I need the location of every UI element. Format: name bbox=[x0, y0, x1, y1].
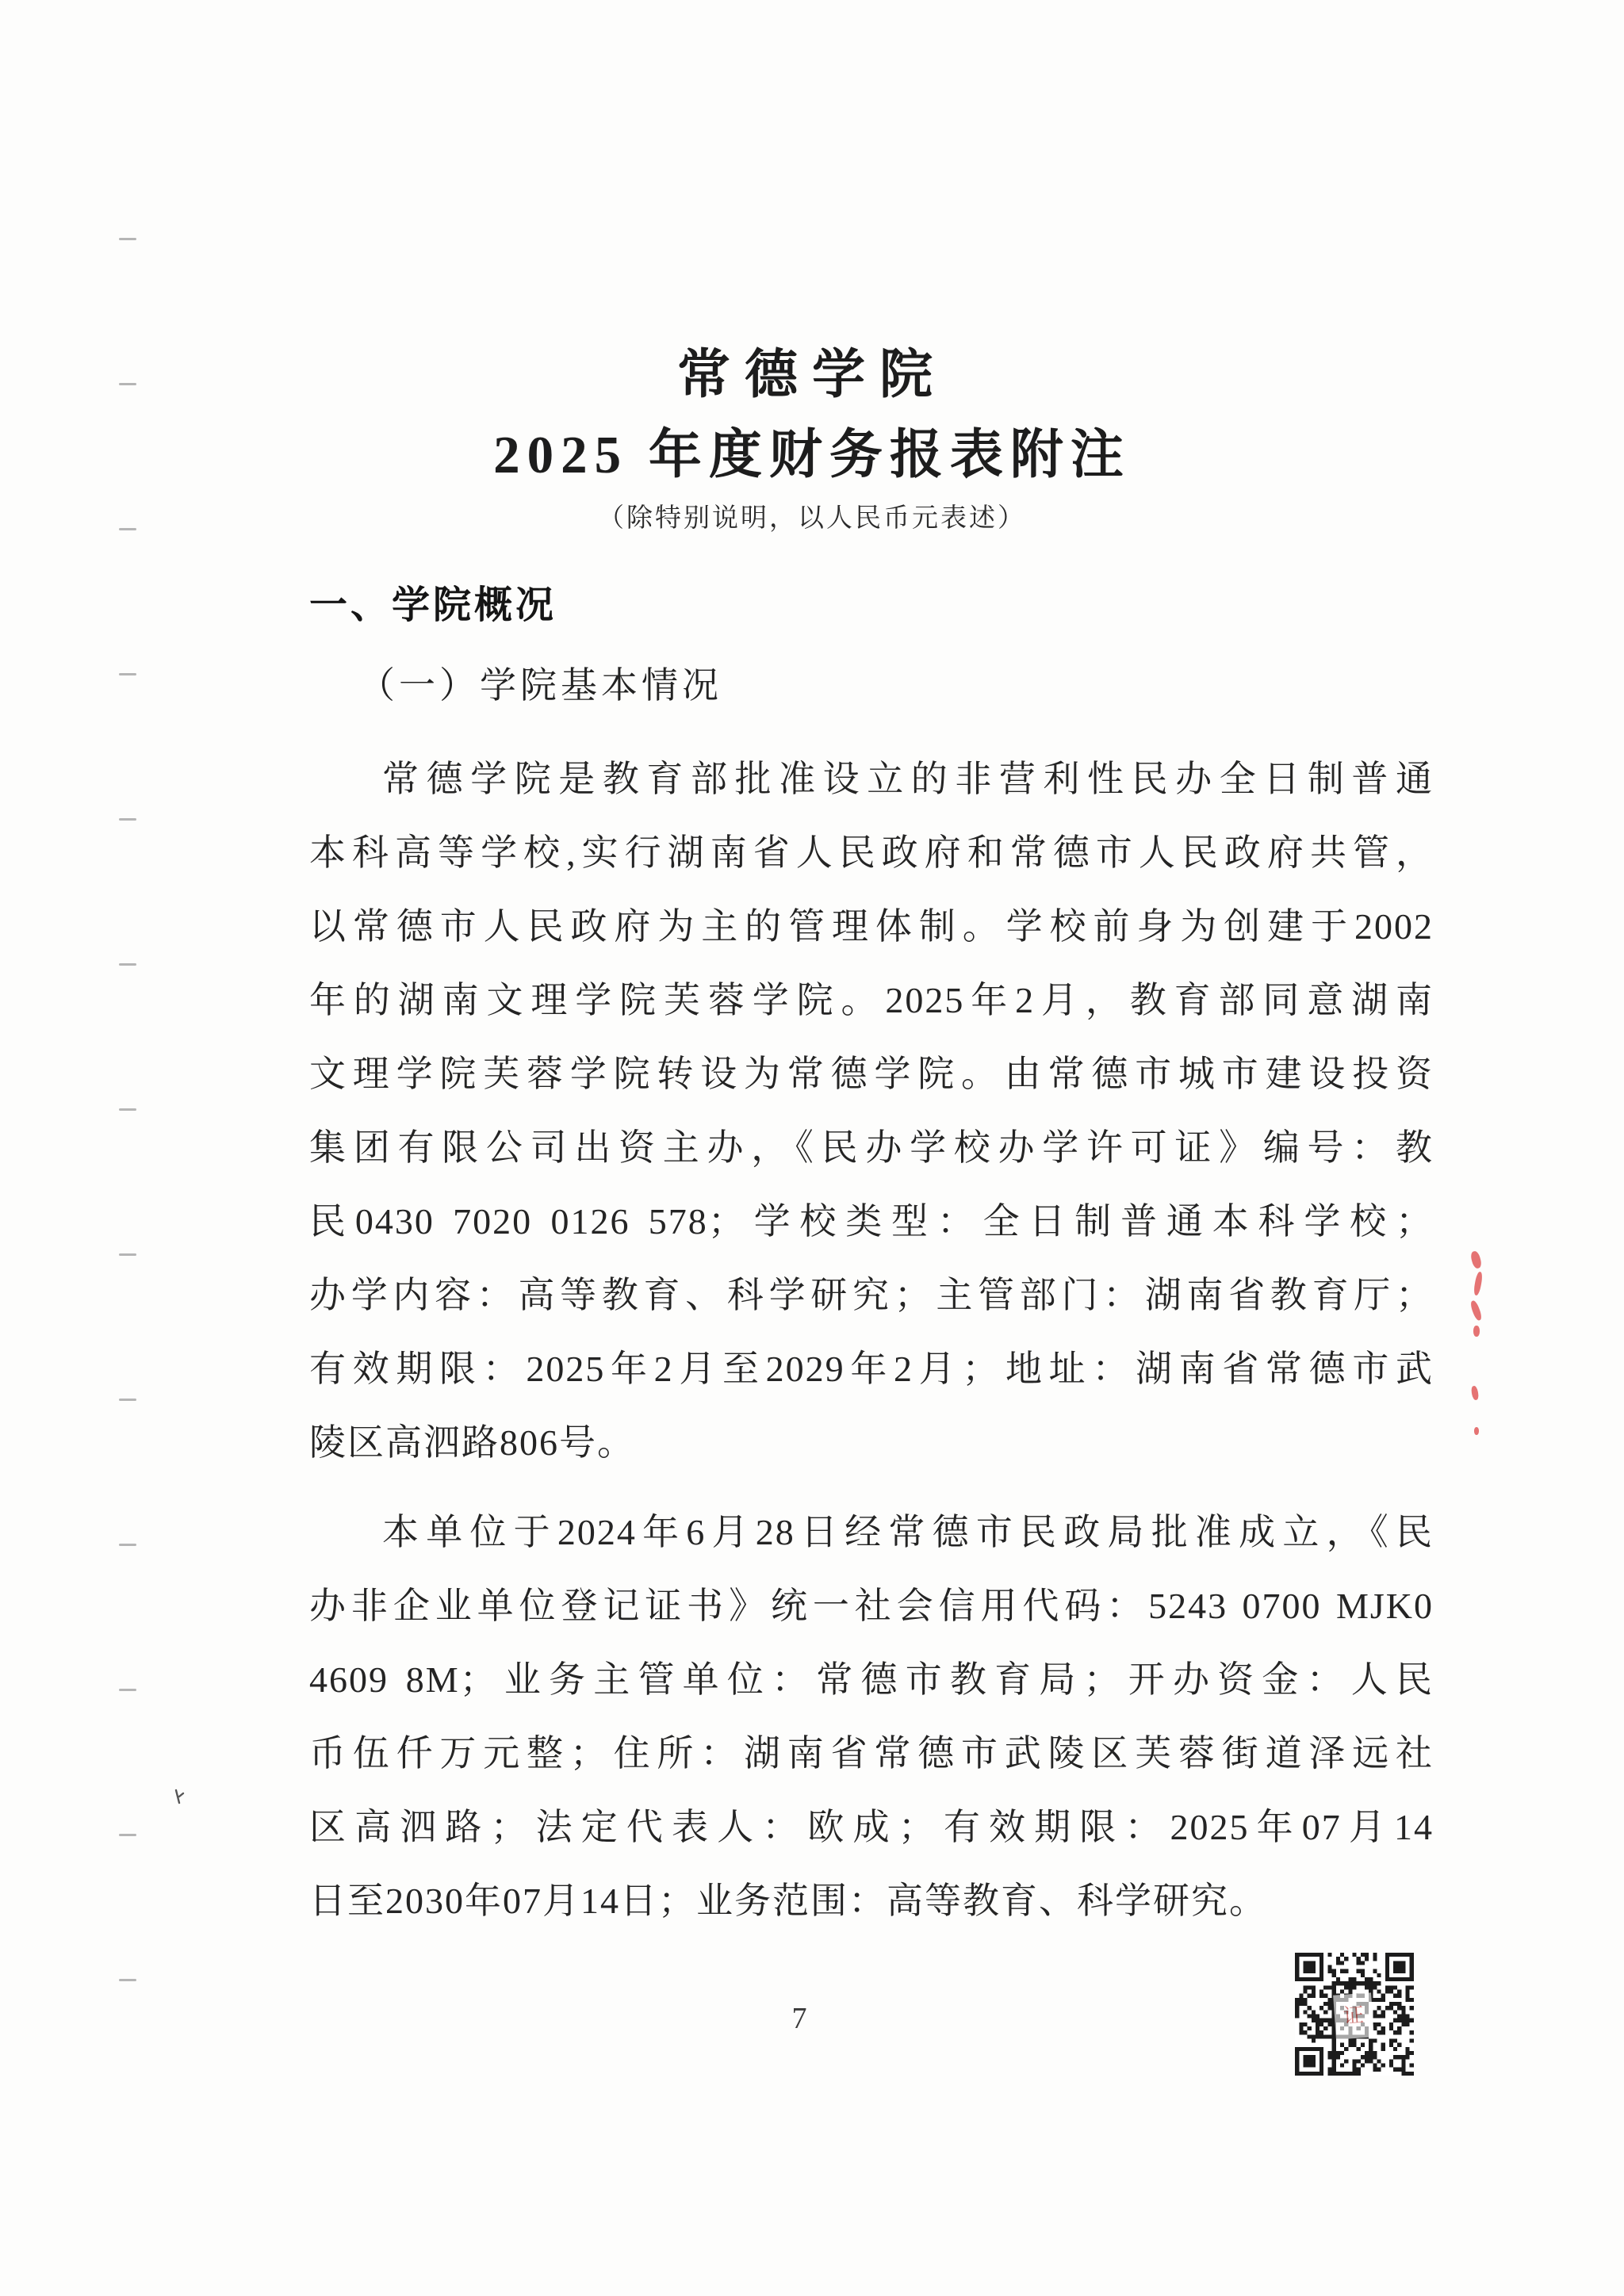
paragraph-line: 文理学院芙蓉学院转设为常德学院。由常德市城市建设投资 bbox=[309, 1037, 1434, 1111]
seal-fragment bbox=[1473, 1326, 1480, 1337]
paragraph-line: 常德学院是教育部批准设立的非营利性民办全日制普通 bbox=[309, 742, 1434, 816]
paragraph-line: 4609 8M；业务主管单位：常德市教育局；开办资金：人民 bbox=[309, 1643, 1434, 1716]
paragraph-line: 有效期限：2025年2月至2029年2月；地址：湖南省常德市武 bbox=[309, 1332, 1434, 1406]
scan-tick bbox=[119, 1399, 136, 1401]
scan-tick bbox=[119, 963, 136, 966]
scan-tick bbox=[119, 1253, 136, 1256]
scan-tick bbox=[119, 1108, 136, 1111]
scan-tick bbox=[119, 673, 136, 675]
title-block: 常德学院 2025 年度财务报表附注 （除特别说明，以人民币元表述） bbox=[0, 349, 1624, 532]
paragraph-line: 集团有限公司出资主办，《民办学校办学许可证》编号：教 bbox=[309, 1111, 1434, 1184]
scan-tick bbox=[119, 238, 136, 240]
paragraph-line: 本单位于2024年6月28日经常德市民政局批准成立，《民 bbox=[309, 1495, 1434, 1569]
document-subtitle: 2025 年度财务报表附注 bbox=[0, 429, 1624, 482]
scan-tick bbox=[119, 1979, 136, 1981]
section-heading: 一、学院概况 bbox=[309, 585, 557, 627]
scan-tick bbox=[119, 383, 136, 385]
paragraph-line: 办非企业单位登记证书》统一社会信用代码：5243 0700 MJK0 bbox=[309, 1569, 1434, 1643]
paragraph-line: 陵区高泗路806号。 bbox=[309, 1406, 1434, 1479]
seal-fragment bbox=[1469, 1250, 1482, 1269]
page-number: 7 bbox=[760, 2001, 839, 2036]
scanned-document-page: 常德学院 2025 年度财务报表附注 （除特别说明，以人民币元表述） 一、学院概… bbox=[0, 0, 1624, 2296]
paragraph-1: 常德学院是教育部批准设立的非营利性民办全日制普通 本科高等学校,实行湖南省人民政… bbox=[309, 742, 1434, 1479]
pen-tick-mark bbox=[173, 1789, 187, 1810]
paragraph-line: 以常德市人民政府为主的管理体制。学校前身为创建于2002 bbox=[309, 890, 1434, 963]
paragraph-line: 民0430 7020 0126 578；学校类型：全日制普通本科学校； bbox=[309, 1184, 1434, 1258]
scan-tick bbox=[119, 818, 136, 821]
paragraph-line: 本科高等学校,实行湖南省人民政府和常德市人民政府共管， bbox=[309, 816, 1434, 890]
seal-fragment bbox=[1474, 1427, 1479, 1435]
scan-tick bbox=[119, 528, 136, 530]
seal-fragment bbox=[1473, 1272, 1483, 1296]
currency-note: （除特别说明，以人民币元表述） bbox=[0, 506, 1624, 532]
scan-tick bbox=[119, 1689, 136, 1691]
subsection-heading: （一）学院基本情况 bbox=[358, 666, 722, 706]
document-title: 常德学院 bbox=[0, 349, 1624, 402]
scan-tick bbox=[119, 1544, 136, 1546]
paragraph-line: 日至2030年07月14日；业务范围：高等教育、科学研究。 bbox=[309, 1864, 1434, 1938]
qr-code-icon: 证 bbox=[1295, 1953, 1414, 2076]
seal-fragment bbox=[1470, 1385, 1479, 1400]
paragraph-line: 币伍仟万元整；住所：湖南省常德市武陵区芙蓉街道泽远社 bbox=[309, 1716, 1434, 1790]
seal-fragment bbox=[1469, 1299, 1483, 1322]
qr-center-seal: 证 bbox=[1333, 1992, 1374, 2039]
scan-tick bbox=[119, 1834, 136, 1836]
paragraph-line: 年的湖南文理学院芙蓉学院。2025年2月，教育部同意湖南 bbox=[309, 963, 1434, 1037]
paragraph-line: 区高泗路；法定代表人：欧成；有效期限：2025年07月14 bbox=[309, 1790, 1434, 1864]
paragraph-2: 本单位于2024年6月28日经常德市民政局批准成立，《民 办非企业单位登记证书》… bbox=[309, 1495, 1434, 1938]
paragraph-line: 办学内容：高等教育、科学研究；主管部门：湖南省教育厅； bbox=[309, 1258, 1434, 1332]
